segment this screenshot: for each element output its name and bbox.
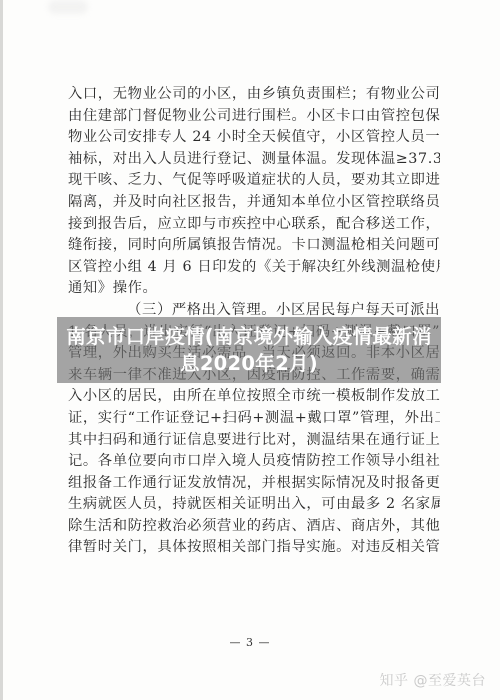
article-title: 南京市口岸疫情(南京境外输入疫情最新消息2020年2月) bbox=[61, 323, 437, 377]
scan-edge bbox=[0, 0, 3, 700]
article-title-banner[interactable]: 南京市口岸疫情(南京境外输入疫情最新消息2020年2月) bbox=[57, 317, 441, 383]
document-line: 律暂时关门，具体按照相关部门指导实施。对违反相关管理规定 bbox=[68, 537, 440, 559]
zhihu-watermark: 知乎 @至爱英台 bbox=[380, 670, 486, 690]
document-line: 缝衔接，同时向所属镇报告情况。卡口测温枪相关问题可参照社 bbox=[68, 235, 440, 257]
document-line: 证，实行“工作证登记+扫码+测温+戴口罩”管理，外出工作。 bbox=[68, 408, 440, 430]
document-line: 入口，无物业公司的小区，由乡镇负责围栏；有物业公司的小区， bbox=[68, 84, 440, 106]
document-line: 组报备工作通行证发放情况，并根据实际情况及时报备更新；需 bbox=[68, 473, 440, 495]
document-line: 隔离，并及时向社区报告，并通知本单位小区管控联络员。社区 bbox=[68, 192, 440, 214]
document-line: 现干咳、乏力、气促等呼吸道症状的人员，要劝其立即进行居家 bbox=[68, 170, 440, 192]
document-line: 由住建部门督促物业公司进行围栏。小区卡口由管控包保单位和 bbox=[68, 106, 440, 128]
document-line: 接到报告后，应立即与市疾控中心联系，配合移送工作，做到无 bbox=[68, 214, 440, 236]
page-number: — 3 — bbox=[0, 636, 500, 649]
document-line: 袖标，对出入人员进行登记、测量体温。发现体温≥37.3℃或出 bbox=[68, 149, 440, 171]
document-line: 除生活和防控救治必须营业的药店、酒店、商店外，其他商铺一 bbox=[68, 516, 440, 538]
document-line: 通知》操作。 bbox=[68, 278, 440, 300]
scan-artifact bbox=[48, 0, 88, 14]
document-line: 区管控小组 4 月 6 日印发的《关于解决红外线测温枪使用问题的 bbox=[68, 257, 440, 279]
document-line: 记。各单位要向市口岸入境人员疫情防控工作领导小组社区防控 bbox=[68, 451, 440, 473]
document-line: 生病就医人员，持就医相关证明出入，可由最多 2 名家属陪同； bbox=[68, 494, 440, 516]
document-line: 物业公司安排专人 24 小时全天候值守，小区管控人员一律佩戴 bbox=[68, 127, 440, 149]
document-page: 入口，无物业公司的小区，由乡镇负责围栏；有物业公司的小区， 由住建部门督促物业公… bbox=[0, 0, 500, 700]
document-line: 入小区的居民，由所在单位按照全市统一模板制作发放工作通行 bbox=[68, 386, 440, 408]
document-line: 其中扫码和通行证信息要进行比对，测温结果在通行证上进行登 bbox=[68, 430, 440, 452]
